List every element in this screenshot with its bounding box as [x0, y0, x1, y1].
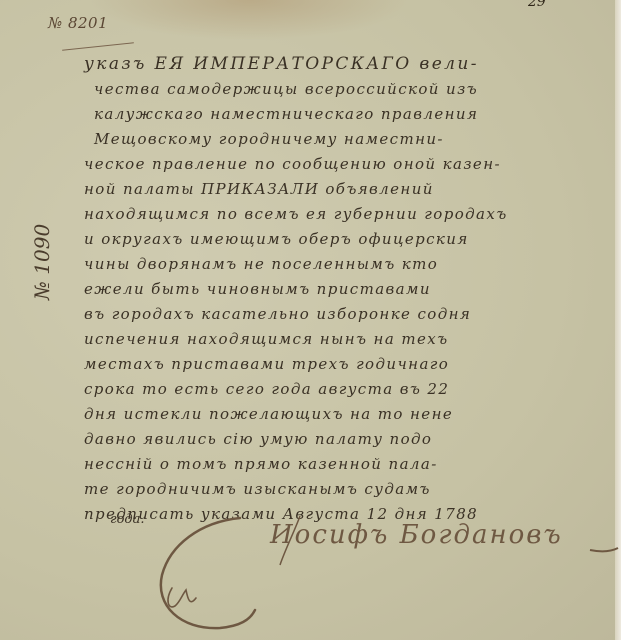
margin-note: № 1090	[30, 224, 54, 300]
manuscript-page: 29 № 8201 № 1090 указъ ЕЯ ИМПЕРАТОРСКАГО…	[0, 0, 621, 640]
decree-text: указъ ЕЯ ИМПЕРАТОРСКАГО вели- чества сам…	[84, 52, 614, 527]
text-line: и округахъ имеющимъ оберъ офицерския	[84, 227, 614, 252]
text-line: ческое правление по сообщению оной казен…	[84, 152, 614, 177]
text-line: срока то есть сего года августа въ 22	[84, 377, 614, 402]
text-line: нессній о томъ прямо казенной пала-	[84, 452, 614, 477]
text-line: указъ ЕЯ ИМПЕРАТОРСКАГО вели-	[84, 52, 614, 77]
text-line: въ городахъ касательно изборонке содня	[84, 302, 614, 327]
text-line: калужскаго наместническаго правления	[84, 102, 614, 127]
closing-word: года.	[110, 512, 145, 527]
text-line: дня истекли пожелающихъ на то нене	[84, 402, 614, 427]
text-line: чины дворянамъ не поселеннымъ кто	[84, 252, 614, 277]
page-number: 29	[528, 0, 546, 10]
text-line: ной палаты ПРИКАЗАЛИ объявлений	[84, 177, 614, 202]
text-line: местахъ приставами трехъ годичнаго	[84, 352, 614, 377]
text-line: находящимся по всемъ ея губернии городах…	[84, 202, 614, 227]
signature: Иосифъ Богдановъ	[270, 520, 563, 550]
text-line: испечения находящимся нынъ на техъ	[84, 327, 614, 352]
text-line: те городничимъ изысканымъ судамъ	[84, 477, 614, 502]
text-line: давно явились сію умую палату подо	[84, 427, 614, 452]
text-line: ежели быть чиновнымъ приставами	[84, 277, 614, 302]
text-line: чества самодержицы всероссийской изъ	[84, 77, 614, 102]
reference-underline	[62, 42, 134, 51]
reference-number: № 8201	[48, 14, 108, 32]
text-line: Мещовскому городничему наместни-	[84, 127, 614, 152]
